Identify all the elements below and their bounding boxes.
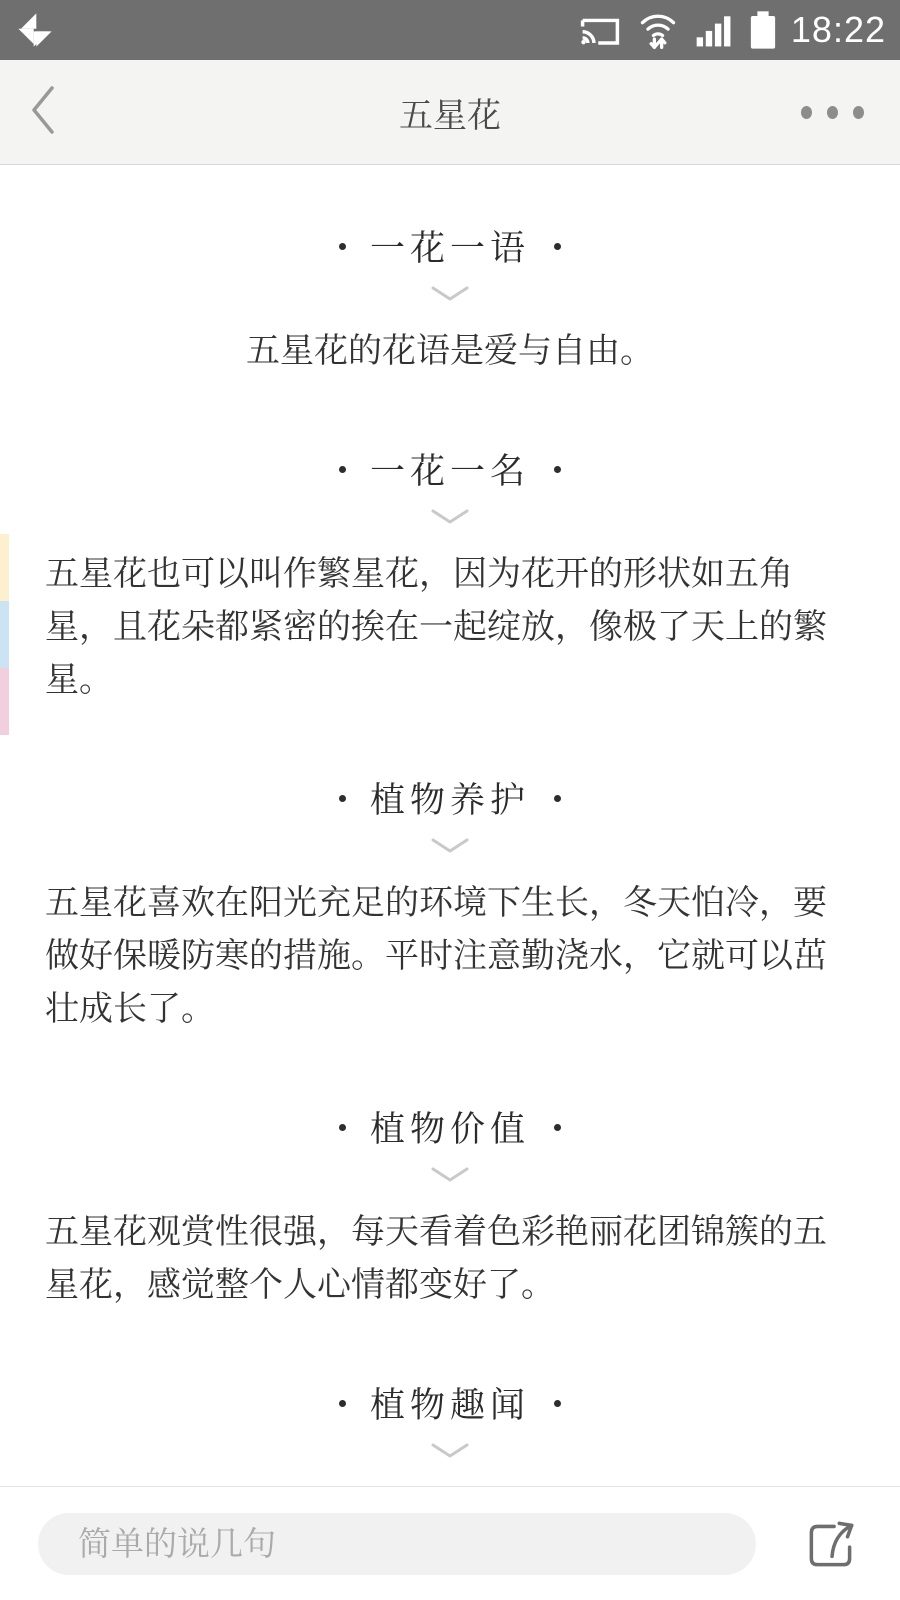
section-flower-language: 一花一语 五星花的花语是爱与自由。: [0, 221, 900, 378]
header-dot: [554, 466, 561, 473]
chevron-down-icon[interactable]: [430, 1166, 470, 1184]
section-paragraph: 五星花观赏性很强，每天看着色彩艳丽花团锦簇的五星花，感觉整个人心情都变好了。: [0, 1206, 900, 1312]
section-header: 一花一名: [339, 444, 561, 494]
more-options-icon: [853, 106, 864, 119]
section-title: 植物趣闻: [370, 1378, 530, 1428]
comment-input[interactable]: [38, 1513, 756, 1575]
header-dot: [554, 1124, 561, 1131]
status-bar: 18:22: [0, 0, 900, 60]
chevron-down-icon[interactable]: [430, 285, 470, 303]
section-plant-trivia: 植物趣闻: [0, 1378, 900, 1460]
share-button[interactable]: [800, 1513, 862, 1575]
back-button[interactable]: [0, 64, 86, 161]
header-dot: [339, 466, 346, 473]
section-title: 一花一语: [370, 221, 530, 271]
back-chevron-icon: [28, 84, 58, 141]
app-screen: { "status_bar": { "time": "18:22", "icon…: [0, 0, 900, 1600]
article-content: 一花一语 五星花的花语是爱与自由。 一花一名 五星花也可以叫作繁星花，因为花开的…: [0, 221, 900, 1460]
header-dot: [554, 243, 561, 250]
section-plant-value: 植物价值 五星花观赏性很强，每天看着色彩艳丽花团锦簇的五星花，感觉整个人心情都变…: [0, 1102, 900, 1312]
section-header: 一花一语: [339, 221, 561, 271]
strip-blue: [0, 601, 9, 668]
clock-time: 18:22: [791, 9, 886, 51]
more-options-button[interactable]: [765, 86, 900, 139]
section-paragraph: 五星花喜欢在阳光充足的环境下生长，冬天怕冷，要做好保暖防寒的措施。平时注意勤浇水…: [0, 877, 900, 1036]
section-title: 一花一名: [370, 444, 530, 494]
more-options-icon: [827, 106, 838, 119]
header-dot: [339, 1400, 346, 1407]
pinwheel-app-icon: [14, 9, 56, 51]
section-paragraph: 五星花也可以叫作繁星花，因为花开的形状如五角星，且花朵都紧密的挨在一起绽放，像极…: [0, 548, 900, 707]
chevron-down-icon[interactable]: [430, 1442, 470, 1460]
signal-strength-icon: [693, 11, 735, 49]
header-dot: [554, 795, 561, 802]
section-flower-name: 一花一名 五星花也可以叫作繁星花，因为花开的形状如五角星，且花朵都紧密的挨在一起…: [0, 444, 900, 707]
more-options-icon: [801, 106, 812, 119]
section-plant-care: 植物养护 五星花喜欢在阳光充足的环境下生长，冬天怕冷，要做好保暖防寒的措施。平时…: [0, 773, 900, 1036]
battery-icon: [749, 9, 777, 51]
header-dot: [339, 795, 346, 802]
header-dot: [339, 1124, 346, 1131]
section-header: 植物趣闻: [339, 1378, 561, 1428]
chevron-down-icon[interactable]: [430, 837, 470, 855]
share-icon: [800, 1513, 862, 1575]
section-header: 植物养护: [339, 773, 561, 823]
section-title: 植物价值: [370, 1102, 530, 1152]
section-header: 植物价值: [339, 1102, 561, 1152]
strip-yellow: [0, 534, 9, 601]
strip-pink: [0, 668, 9, 735]
header-dot: [554, 1400, 561, 1407]
cast-icon: [577, 10, 623, 50]
comment-bar: [0, 1486, 900, 1600]
wifi-updown-icon: [637, 9, 679, 51]
chevron-down-icon[interactable]: [430, 508, 470, 526]
nav-bar: 五星花: [0, 60, 900, 165]
side-color-strips: [0, 534, 9, 735]
section-title: 植物养护: [370, 773, 530, 823]
section-paragraph: 五星花的花语是爱与自由。: [0, 325, 900, 378]
header-dot: [339, 243, 346, 250]
